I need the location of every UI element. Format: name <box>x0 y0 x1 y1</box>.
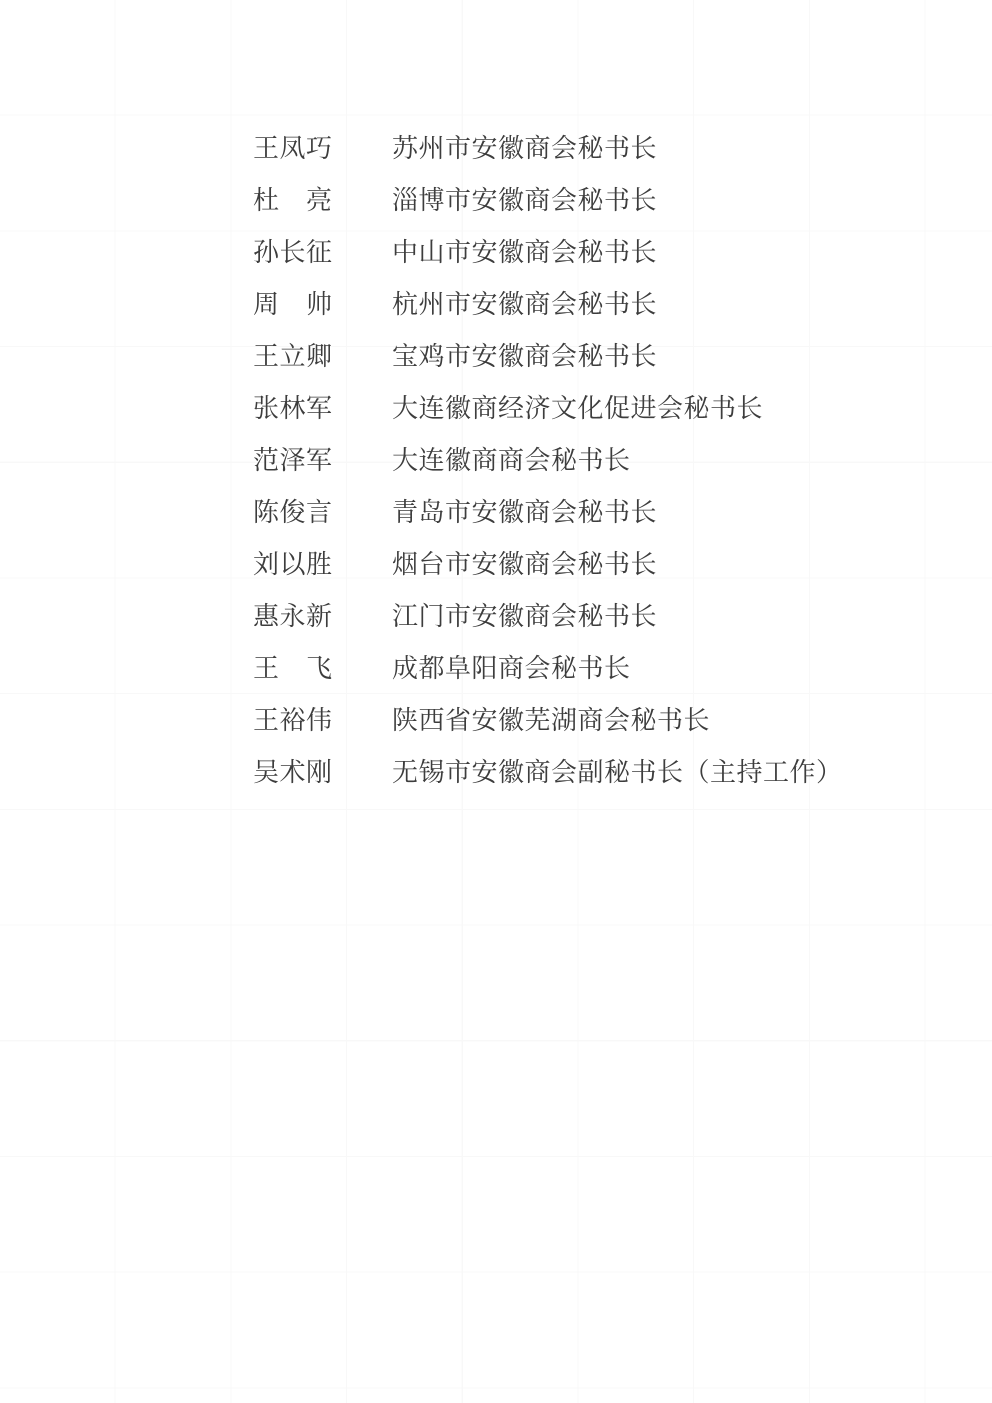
person-name: 刘以胜 <box>253 544 392 581</box>
person-name: 王立卿 <box>253 336 392 373</box>
name-roster: 王凤巧 苏州市安徽商会秘书长 杜 亮 淄博市安徽商会秘书长 孙长征 中山市安徽商… <box>253 120 952 796</box>
roster-row: 张林军 大连徽商经济文化促进会秘书长 <box>253 380 952 432</box>
person-title: 青岛市安徽商会秘书长 <box>392 492 952 529</box>
roster-row: 周 帅 杭州市安徽商会秘书长 <box>253 276 952 328</box>
person-name: 周 帅 <box>253 284 392 321</box>
document-page: 王凤巧 苏州市安徽商会秘书长 杜 亮 淄博市安徽商会秘书长 孙长征 中山市安徽商… <box>0 0 992 1403</box>
roster-row: 刘以胜 烟台市安徽商会秘书长 <box>253 536 952 588</box>
roster-row: 王裕伟 陕西省安徽芜湖商会秘书长 <box>253 692 952 744</box>
roster-row: 王立卿 宝鸡市安徽商会秘书长 <box>253 328 952 380</box>
person-name: 杜 亮 <box>253 180 392 217</box>
person-title: 苏州市安徽商会秘书长 <box>392 128 952 165</box>
roster-row: 杜 亮 淄博市安徽商会秘书长 <box>253 172 952 224</box>
person-title: 江门市安徽商会秘书长 <box>392 596 952 633</box>
person-title: 杭州市安徽商会秘书长 <box>392 284 952 321</box>
roster-row: 孙长征 中山市安徽商会秘书长 <box>253 224 952 276</box>
person-name: 孙长征 <box>253 232 392 269</box>
roster-row: 惠永新 江门市安徽商会秘书长 <box>253 588 952 640</box>
person-title: 大连徽商经济文化促进会秘书长 <box>392 388 952 425</box>
roster-row: 范泽军 大连徽商商会秘书长 <box>253 432 952 484</box>
person-name: 王 飞 <box>253 648 392 685</box>
person-title: 大连徽商商会秘书长 <box>392 440 952 477</box>
person-title: 中山市安徽商会秘书长 <box>392 232 952 269</box>
person-title: 烟台市安徽商会秘书长 <box>392 544 952 581</box>
person-title: 宝鸡市安徽商会秘书长 <box>392 336 952 373</box>
person-name: 王凤巧 <box>253 128 392 165</box>
person-name: 王裕伟 <box>253 700 392 737</box>
roster-row: 吴术刚 无锡市安徽商会副秘书长（主持工作） <box>253 744 952 796</box>
roster-row: 王 飞 成都阜阳商会秘书长 <box>253 640 952 692</box>
person-title: 无锡市安徽商会副秘书长（主持工作） <box>392 752 952 789</box>
person-name: 张林军 <box>253 388 392 425</box>
person-name: 范泽军 <box>253 440 392 477</box>
person-name: 吴术刚 <box>253 752 392 789</box>
person-name: 陈俊言 <box>253 492 392 529</box>
person-title: 成都阜阳商会秘书长 <box>392 648 952 685</box>
person-title: 淄博市安徽商会秘书长 <box>392 180 952 217</box>
roster-row: 陈俊言 青岛市安徽商会秘书长 <box>253 484 952 536</box>
person-name: 惠永新 <box>253 596 392 633</box>
roster-row: 王凤巧 苏州市安徽商会秘书长 <box>253 120 952 172</box>
person-title: 陕西省安徽芜湖商会秘书长 <box>392 700 952 737</box>
